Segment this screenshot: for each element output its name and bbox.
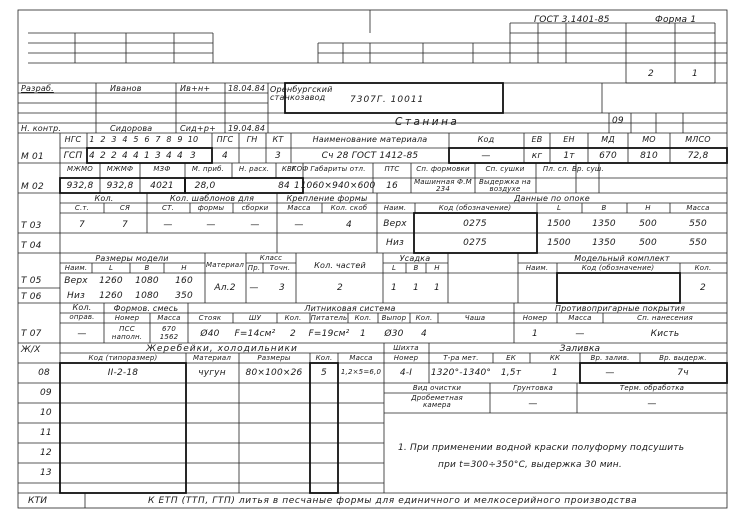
t05-cell: 1 xyxy=(434,284,440,293)
t07-cell: 1562 xyxy=(160,334,179,341)
t07-cell: Кол. xyxy=(355,315,372,322)
flask-cell: 1350 xyxy=(592,220,616,229)
row-label-t04: Т 04 xyxy=(21,242,42,251)
m01-value-cell: 810 xyxy=(640,152,658,161)
flask-cell: 1500 xyxy=(547,220,571,229)
m02-header-cell: ПТС xyxy=(384,166,399,173)
t07-cell: Кол. xyxy=(285,315,302,322)
t05-cell: Код (обозначение) xyxy=(582,265,655,272)
pouring-cell: 1320°-1340° xyxy=(431,369,491,378)
t07-cell: Формов. смесь xyxy=(114,305,179,313)
standard-label: ГОСТ 3.1401-85 xyxy=(534,16,610,25)
t05-cell: Материал xyxy=(206,262,244,269)
m01-value-cell: 4 xyxy=(177,152,183,161)
t05-cell: Пр. xyxy=(248,265,261,272)
m01-header-cell: 8 xyxy=(166,136,171,144)
m01-value-cell: 4 xyxy=(166,152,172,161)
pouring-cell: Заливка xyxy=(560,345,601,354)
t03-header-cell: L xyxy=(557,205,561,212)
m02-header-cell: МЗФ xyxy=(153,166,170,173)
t05-cell: Наим. xyxy=(65,265,88,272)
chaplets-row-number: 10 xyxy=(40,409,52,418)
m02-header-cell: Н. расх. xyxy=(239,166,269,173)
t05-cell: 1260 xyxy=(99,292,123,301)
m02-value-cell: 932,8 xyxy=(107,182,134,191)
t07-cell: Номер xyxy=(115,315,140,322)
designation: 7307Г. 10011 xyxy=(350,96,424,105)
t07-cell: Ø30 xyxy=(384,330,403,339)
sheet-number: 2 xyxy=(648,70,654,79)
m01-value-cell: 72,8 xyxy=(688,152,709,161)
m02-value-cell: Выдержка на воздухе xyxy=(475,179,535,194)
pouring-cell: 1,5т xyxy=(501,369,521,378)
t05-cell: Модельный комплект xyxy=(574,255,670,263)
m01-header-cell: 6 xyxy=(144,136,149,144)
m01-header-cell: ЕН xyxy=(563,136,574,144)
t07-cell: Кисть xyxy=(651,330,680,339)
m01-value-cell: — xyxy=(481,152,490,161)
t07-cell: Питатель xyxy=(311,315,348,322)
group-qty: Кол. xyxy=(94,195,113,203)
m01-header-cell: 9 xyxy=(177,136,182,144)
t05-cell: 1080 xyxy=(135,277,159,286)
flask-cell: 550 xyxy=(689,239,707,248)
chaplets-row-number: 11 xyxy=(40,429,52,438)
t03-value-cell: 7 xyxy=(122,221,128,230)
sheets-total: 1 xyxy=(692,70,698,79)
t03-header-cell: H xyxy=(645,205,650,212)
flask-cell: Низ xyxy=(386,239,404,248)
m01-header-cell: НГС xyxy=(65,136,82,144)
t03-header-cell: Масса xyxy=(287,205,310,212)
m02-header-cell: Вр. суш. xyxy=(572,166,604,173)
t03-header-cell: Кол. скоб xyxy=(331,205,368,212)
t03-value-cell: 4 xyxy=(346,221,352,230)
m01-value-cell: ГСП xyxy=(64,152,83,161)
t07-cell: Кол. xyxy=(416,315,433,322)
t03-header-cell: Код (обозначение) xyxy=(439,205,512,212)
t07-cell: ПСС xyxy=(119,326,135,333)
flask-cell: 550 xyxy=(689,220,707,229)
t05-cell: Усадка xyxy=(400,255,431,263)
pouring-cell: — xyxy=(528,400,537,409)
m01-header-cell: ПГС xyxy=(217,136,234,144)
chaplets-row-number: 12 xyxy=(40,449,52,458)
footer-label: КТИ xyxy=(28,497,47,506)
t05-cell: Ал.2 xyxy=(214,284,235,293)
developed-signature: Ив+н+ xyxy=(180,85,210,93)
t05-cell: B xyxy=(144,265,149,272)
chaplets-cell: 80×100×26 xyxy=(246,369,303,378)
t07-cell: Масса xyxy=(157,315,180,322)
m01-header-cell: 1 xyxy=(89,136,94,144)
t05-cell: L xyxy=(392,265,396,272)
t07-cell: Номер xyxy=(523,315,548,322)
chaplets-cell: 1,2×5=6,0 xyxy=(341,369,381,376)
row-label-chaplets: Ж/Х xyxy=(21,346,41,355)
m02-value-cell: 1 xyxy=(294,182,300,191)
m01-value-cell: 670 xyxy=(599,152,617,161)
pouring-cell: Грунтовка xyxy=(513,385,553,392)
developed-label: Разраб. xyxy=(21,85,54,93)
m01-value-cell: 3 xyxy=(155,152,161,161)
m01-header-cell: ЕВ xyxy=(532,136,543,144)
t03-header-cell: Масса xyxy=(686,205,709,212)
t05-cell: Точн. xyxy=(270,265,291,272)
m02-value-cell: 28,0 xyxy=(195,182,216,191)
t05-cell: 350 xyxy=(175,292,193,301)
pouring-cell: Номер xyxy=(394,355,419,362)
control-name: Сидорова xyxy=(110,125,152,133)
part-name: Станина xyxy=(395,117,459,128)
t07-cell: — xyxy=(77,330,86,339)
chaplets-header-cell: Кол. xyxy=(316,355,333,362)
t07-cell: Литниковая система xyxy=(304,305,395,313)
footer-text: К ЕТП (ТТП, ГТП) литья в песчаные формы … xyxy=(148,497,637,506)
t05-cell: L xyxy=(109,265,113,272)
t05-cell: 1260 xyxy=(99,277,123,286)
chaplets-cell: 08 xyxy=(38,369,50,378)
m01-value-cell: 4 xyxy=(122,152,128,161)
pouring-cell: 1 xyxy=(552,369,558,378)
m01-header-cell: 10 xyxy=(188,136,199,144)
pouring-cell: Вр. выдерж. xyxy=(659,355,707,362)
t07-cell: 2 xyxy=(290,330,296,339)
t07-cell: наполн. xyxy=(112,334,142,341)
note-line-1: 1. При применении водной краски полуформ… xyxy=(398,444,684,453)
chaplets-cell: чугун xyxy=(198,369,226,378)
pouring-cell: 7ч xyxy=(677,369,688,378)
t07-cell: Сп. нанесения xyxy=(637,315,693,322)
pouring-cell: — xyxy=(647,400,656,409)
m02-value-cell: 4021 xyxy=(150,182,174,191)
pouring-cell: 4-I xyxy=(400,369,412,378)
t05-cell: — xyxy=(249,284,258,293)
m01-value-cell: 1т xyxy=(563,152,574,161)
t05-cell: H xyxy=(434,265,439,272)
t07-cell: Чаша xyxy=(465,315,486,322)
flask-cell: 0275 xyxy=(463,239,487,248)
m01-value-cell: кг xyxy=(532,152,543,161)
t03-value-cell: — xyxy=(250,221,259,230)
m01-header-cell: Наименование материала xyxy=(313,136,428,144)
row-label-t07: Т 07 xyxy=(21,330,42,339)
m02-header-cell: М. приб. xyxy=(192,166,224,173)
row-label-t05: Т 05 xyxy=(21,277,42,286)
m01-value-cell: 4 xyxy=(89,152,95,161)
t07-cell: Масса xyxy=(568,315,591,322)
t05-cell: Верх xyxy=(64,277,88,286)
group-model-size: Размеры модели xyxy=(95,255,168,263)
pouring-cell: Вр. залив. xyxy=(590,355,629,362)
m01-header-cell: 3 xyxy=(111,136,116,144)
pouring-cell: Т-ра мет. xyxy=(443,355,478,362)
t07-cell: F=19см² xyxy=(309,330,350,339)
t03-value-cell: — xyxy=(163,221,172,230)
t05-cell: Наим. xyxy=(526,265,549,272)
pouring-cell: КК xyxy=(550,355,560,362)
m01-header-cell: МО xyxy=(642,136,656,144)
row-label-t03: Т 03 xyxy=(21,222,42,231)
t07-cell: ШУ xyxy=(249,315,261,322)
m02-value-cell: 1060×940×600 xyxy=(301,182,376,191)
m02-value-cell: Машинная Ф.М 234 xyxy=(413,179,473,194)
m01-value-cell: 2 xyxy=(111,152,117,161)
t03-header-cell: сборки xyxy=(242,205,269,212)
form-label: Форма 1 xyxy=(655,16,696,25)
cleaning-method: Дробеметная камера xyxy=(397,395,477,410)
t03-header-cell: СЯ xyxy=(120,205,130,212)
t07-cell: Выпор xyxy=(382,315,407,322)
chaplets-header-cell: Масса xyxy=(349,355,372,362)
group-templates: Кол. шаблонов для xyxy=(170,195,254,203)
pouring-cell: Вид очистки xyxy=(413,385,461,392)
m01-header-cell: 2 xyxy=(100,136,105,144)
chaplets-cell: 5 xyxy=(321,369,327,378)
t07-cell: оправ. xyxy=(69,314,94,321)
m02-header-cell: МЖМО xyxy=(67,166,93,173)
t07-cell: — xyxy=(575,330,584,339)
t03-value-cell: — xyxy=(294,221,303,230)
t03-header-cell: Наим. xyxy=(384,205,407,212)
m02-header-cell: Пл. сл. xyxy=(543,166,569,173)
t05-cell: 2 xyxy=(700,284,706,293)
flask-cell: 1350 xyxy=(592,239,616,248)
m01-header-cell: МЛСО xyxy=(685,136,711,144)
m01-value-cell: 4 xyxy=(133,152,139,161)
m01-value-cell: 3 xyxy=(275,152,281,161)
developed-name: Иванов xyxy=(110,85,142,93)
m01-value-cell: 2 xyxy=(100,152,106,161)
flask-cell: 500 xyxy=(639,220,657,229)
row-label-m01: М 01 xyxy=(21,153,44,162)
m02-header-cell: Сп. сушки xyxy=(486,166,525,173)
t05-cell: 3 xyxy=(279,284,285,293)
m01-header-cell: ГН xyxy=(247,136,258,144)
t07-cell: Ø40 xyxy=(200,330,219,339)
pouring-cell: Терм. обработка xyxy=(620,385,684,392)
flask-cell: Верх xyxy=(383,220,407,229)
m01-value-cell: Сч 28 ГОСТ 1412-85 xyxy=(322,152,419,161)
chaplets-header-cell: Код (типоразмер) xyxy=(89,355,158,362)
control-label: Н. контр. xyxy=(21,125,61,133)
flask-cell: 500 xyxy=(639,239,657,248)
m01-value-cell: 4 xyxy=(222,152,228,161)
t03-header-cell: B xyxy=(601,205,606,212)
t07-cell: Кол. xyxy=(72,304,91,312)
t05-cell: 1080 xyxy=(135,292,159,301)
t05-cell: Кол. xyxy=(695,265,712,272)
chaplets-row-number: 13 xyxy=(40,469,52,478)
m02-header-cell: Габариты отл. xyxy=(310,166,365,173)
m02-value-cell: 932,8 xyxy=(67,182,94,191)
flask-cell: 1500 xyxy=(547,239,571,248)
operation-code: 09 xyxy=(612,117,624,126)
t07-cell: 4 xyxy=(421,330,427,339)
t07-cell: F=14см² xyxy=(235,330,276,339)
chaplets-header-cell: Размеры xyxy=(257,355,290,362)
pouring-cell: ЕК xyxy=(506,355,516,362)
m02-value-cell: 16 xyxy=(386,182,398,191)
m02-header-cell: Сп. формовки xyxy=(416,166,470,173)
m02-header-cell: МЖМФ xyxy=(107,166,133,173)
m01-header-cell: МД xyxy=(601,136,615,144)
t03-value-cell: 7 xyxy=(79,221,85,230)
row-label-m02: М 02 xyxy=(21,183,44,192)
t05-cell: H xyxy=(181,265,186,272)
m02-header-cell: КОФ xyxy=(291,166,308,173)
t07-cell: 670 xyxy=(162,326,176,333)
technological-card: ГОСТ 3.1401-85 Форма 1 2 1 Разраб. Ивано… xyxy=(0,0,735,522)
row-label-t06: Т 06 xyxy=(21,293,42,302)
group-flask: Данные по опоке xyxy=(514,195,590,203)
m01-header-cell: Код xyxy=(478,136,495,144)
t05-cell: 1 xyxy=(413,284,419,293)
flask-cell: 0275 xyxy=(463,220,487,229)
m01-value-cell: 1 xyxy=(144,152,150,161)
m01-header-cell: 7 xyxy=(155,136,160,144)
control-date: 19.04.84 xyxy=(228,125,265,133)
pouring-cell: Шихта xyxy=(393,345,419,352)
t03-header-cell: С.т. xyxy=(75,205,89,212)
t07-cell: Стояк xyxy=(199,315,222,322)
note-line-2: при t=300÷350°С, выдержка 30 мин. xyxy=(438,461,622,470)
m02-value-cell: 84 xyxy=(278,182,290,191)
t05-cell: B xyxy=(413,265,418,272)
organization: Оренбургский станкозавод xyxy=(270,86,330,103)
t05-cell: Кол. частей xyxy=(314,262,366,270)
t05-cell: 160 xyxy=(175,277,193,286)
t03-header-cell: формы xyxy=(198,205,225,212)
developed-date: 18.04.84 xyxy=(228,85,265,93)
t07-cell: 1 xyxy=(360,330,366,339)
m01-header-cell: 5 xyxy=(133,136,138,144)
t05-cell: Класс xyxy=(260,255,282,262)
m01-header-cell: 4 xyxy=(122,136,127,144)
t07-cell: 1 xyxy=(532,330,538,339)
t05-cell: 1 xyxy=(391,284,397,293)
t03-value-cell: — xyxy=(206,221,215,230)
group-mount: Крепление формы xyxy=(286,195,367,203)
chaplets-row-number: 09 xyxy=(40,389,52,398)
t05-cell: Низ xyxy=(67,292,85,301)
m01-value-cell: 3 xyxy=(190,152,196,161)
chaplets-title: Жеребейки, холодильники xyxy=(146,345,298,354)
t03-header-cell: СТ. xyxy=(162,205,174,212)
chaplets-header-cell: Материал xyxy=(193,355,231,362)
t05-cell: 2 xyxy=(337,284,343,293)
chaplets-cell: II-2-18 xyxy=(108,369,138,378)
t07-cell: Противопригарные покрытия xyxy=(555,305,685,313)
control-signature: Сид+р+ xyxy=(180,125,216,133)
m01-header-cell: КТ xyxy=(273,136,284,144)
pouring-cell: — xyxy=(605,369,614,378)
